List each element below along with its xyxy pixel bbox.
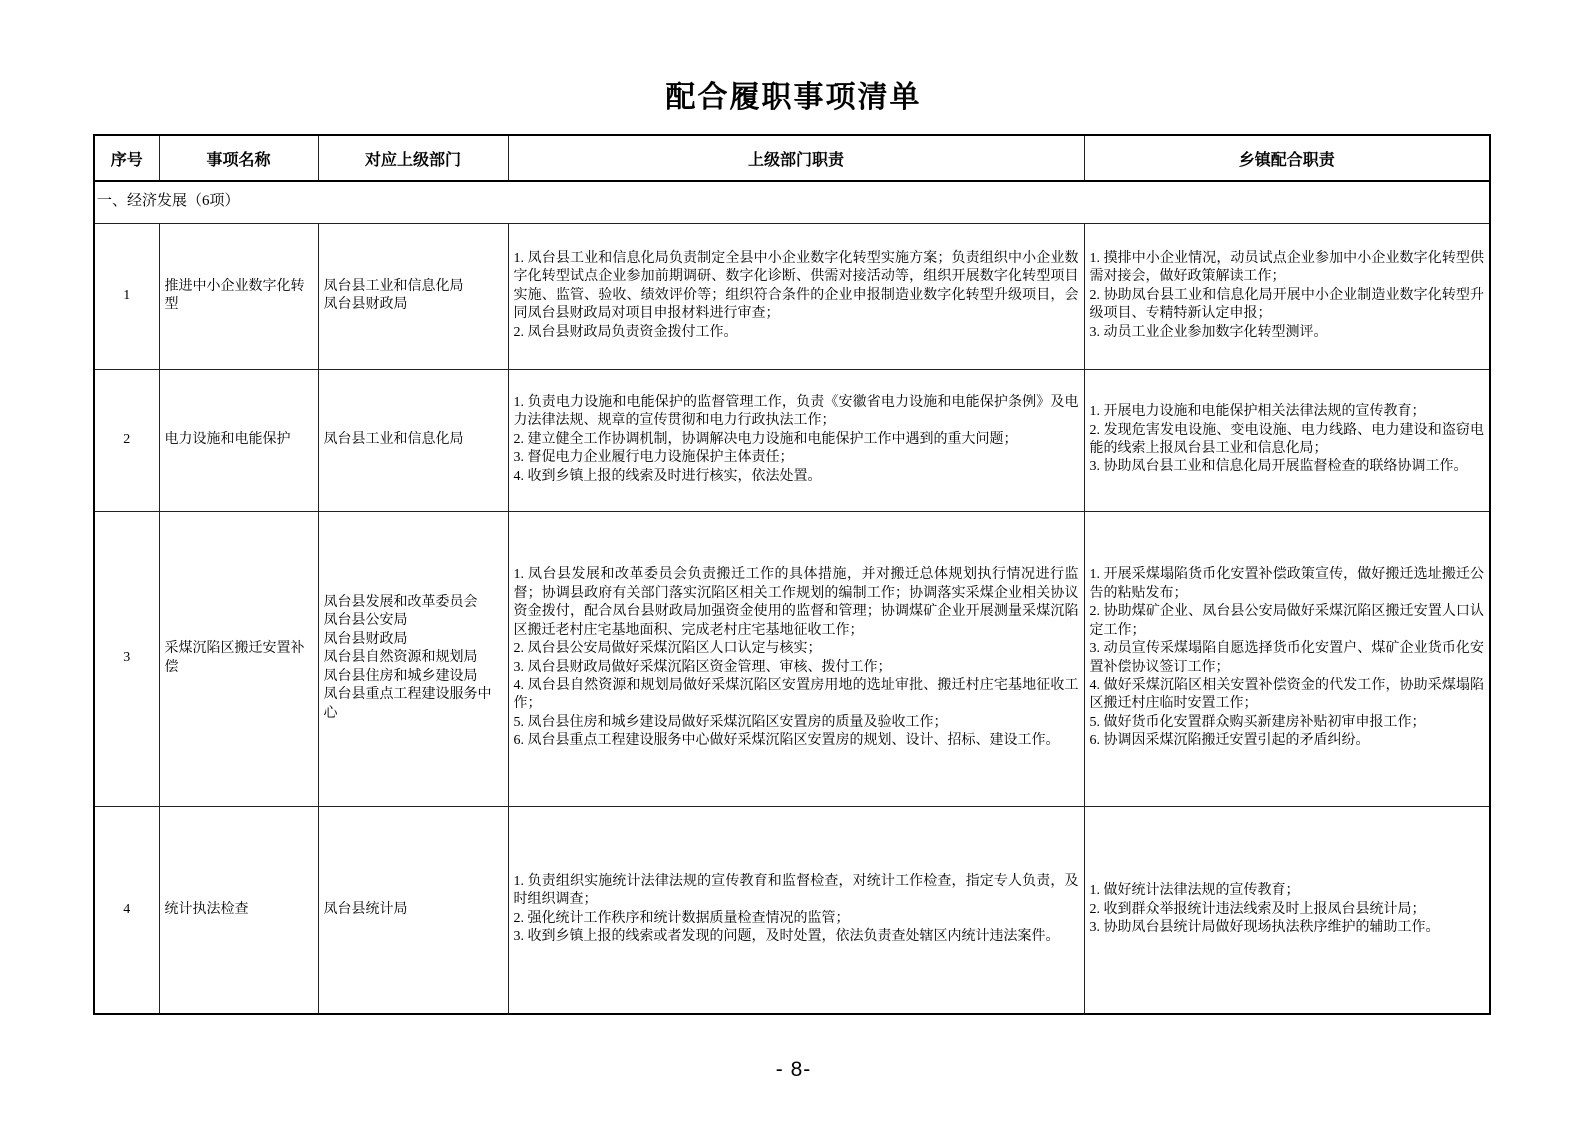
document-page: 配合履职事项清单 序号 事项名称 对应上级部门 上级部门职责 乡镇配合职责 一、…: [0, 0, 1587, 1122]
row-index: 1: [94, 223, 159, 369]
township-duties: 1. 开展采煤塌陷货币化安置补偿政策宣传，做好搬迁选址搬迁公告的粘贴发布； 2.…: [1084, 511, 1490, 806]
item-name: 电力设施和电能保护: [159, 369, 318, 511]
section-row: 一、经济发展（6项）: [94, 181, 1490, 223]
superior-duties: 1. 凤台县工业和信息化局负责制定全县中小企业数字化转型实施方案；负责组织中小企…: [508, 223, 1084, 369]
departments: 凤台县工业和信息化局: [318, 369, 508, 511]
item-name: 推进中小企业数字化转型: [159, 223, 318, 369]
col-header-township-duties: 乡镇配合职责: [1084, 135, 1490, 181]
item-name: 采煤沉陷区搬迁安置补偿: [159, 511, 318, 806]
page-title: 配合履职事项清单: [0, 72, 1587, 116]
township-duties: 1. 摸排中小企业情况，动员试点企业参加中小企业数字化转型供需对接会，做好政策解…: [1084, 223, 1490, 369]
table-row: 4 统计执法检查 凤台县统计局 1. 负责组织实施统计法律法规的宣传教育和监督检…: [94, 806, 1490, 1014]
row-index: 4: [94, 806, 159, 1014]
col-header-item-name: 事项名称: [159, 135, 318, 181]
departments: 凤台县发展和改革委员会 凤台县公安局 凤台县财政局 凤台县自然资源和规划局 凤台…: [318, 511, 508, 806]
superior-duties: 1. 负责组织实施统计法律法规的宣传教育和监督检查，对统计工作检查，指定专人负责…: [508, 806, 1084, 1014]
col-header-departments: 对应上级部门: [318, 135, 508, 181]
table-row: 1 推进中小企业数字化转型 凤台县工业和信息化局 凤台县财政局 1. 凤台县工业…: [94, 223, 1490, 369]
duties-table: 序号 事项名称 对应上级部门 上级部门职责 乡镇配合职责 一、经济发展（6项） …: [93, 134, 1491, 1015]
table-row: 2 电力设施和电能保护 凤台县工业和信息化局 1. 负责电力设施和电能保护的监督…: [94, 369, 1490, 511]
row-index: 2: [94, 369, 159, 511]
table-row: 3 采煤沉陷区搬迁安置补偿 凤台县发展和改革委员会 凤台县公安局 凤台县财政局 …: [94, 511, 1490, 806]
superior-duties: 1. 凤台县发展和改革委员会负责搬迁工作的具体措施，并对搬迁总体规划执行情况进行…: [508, 511, 1084, 806]
superior-duties: 1. 负责电力设施和电能保护的监督管理工作，负责《安徽省电力设施和电能保护条例》…: [508, 369, 1084, 511]
township-duties: 1. 开展电力设施和电能保护相关法律法规的宣传教育； 2. 发现危害发电设施、变…: [1084, 369, 1490, 511]
header-row: 序号 事项名称 对应上级部门 上级部门职责 乡镇配合职责: [94, 135, 1490, 181]
section-title: 一、经济发展（6项）: [94, 181, 1490, 223]
col-header-index: 序号: [94, 135, 159, 181]
township-duties: 1. 做好统计法律法规的宣传教育； 2. 收到群众举报统计违法线索及时上报凤台县…: [1084, 806, 1490, 1014]
col-header-superior-duties: 上级部门职责: [508, 135, 1084, 181]
row-index: 3: [94, 511, 159, 806]
departments: 凤台县工业和信息化局 凤台县财政局: [318, 223, 508, 369]
departments: 凤台县统计局: [318, 806, 508, 1014]
item-name: 统计执法检查: [159, 806, 318, 1014]
page-number: - 8-: [0, 1058, 1587, 1082]
